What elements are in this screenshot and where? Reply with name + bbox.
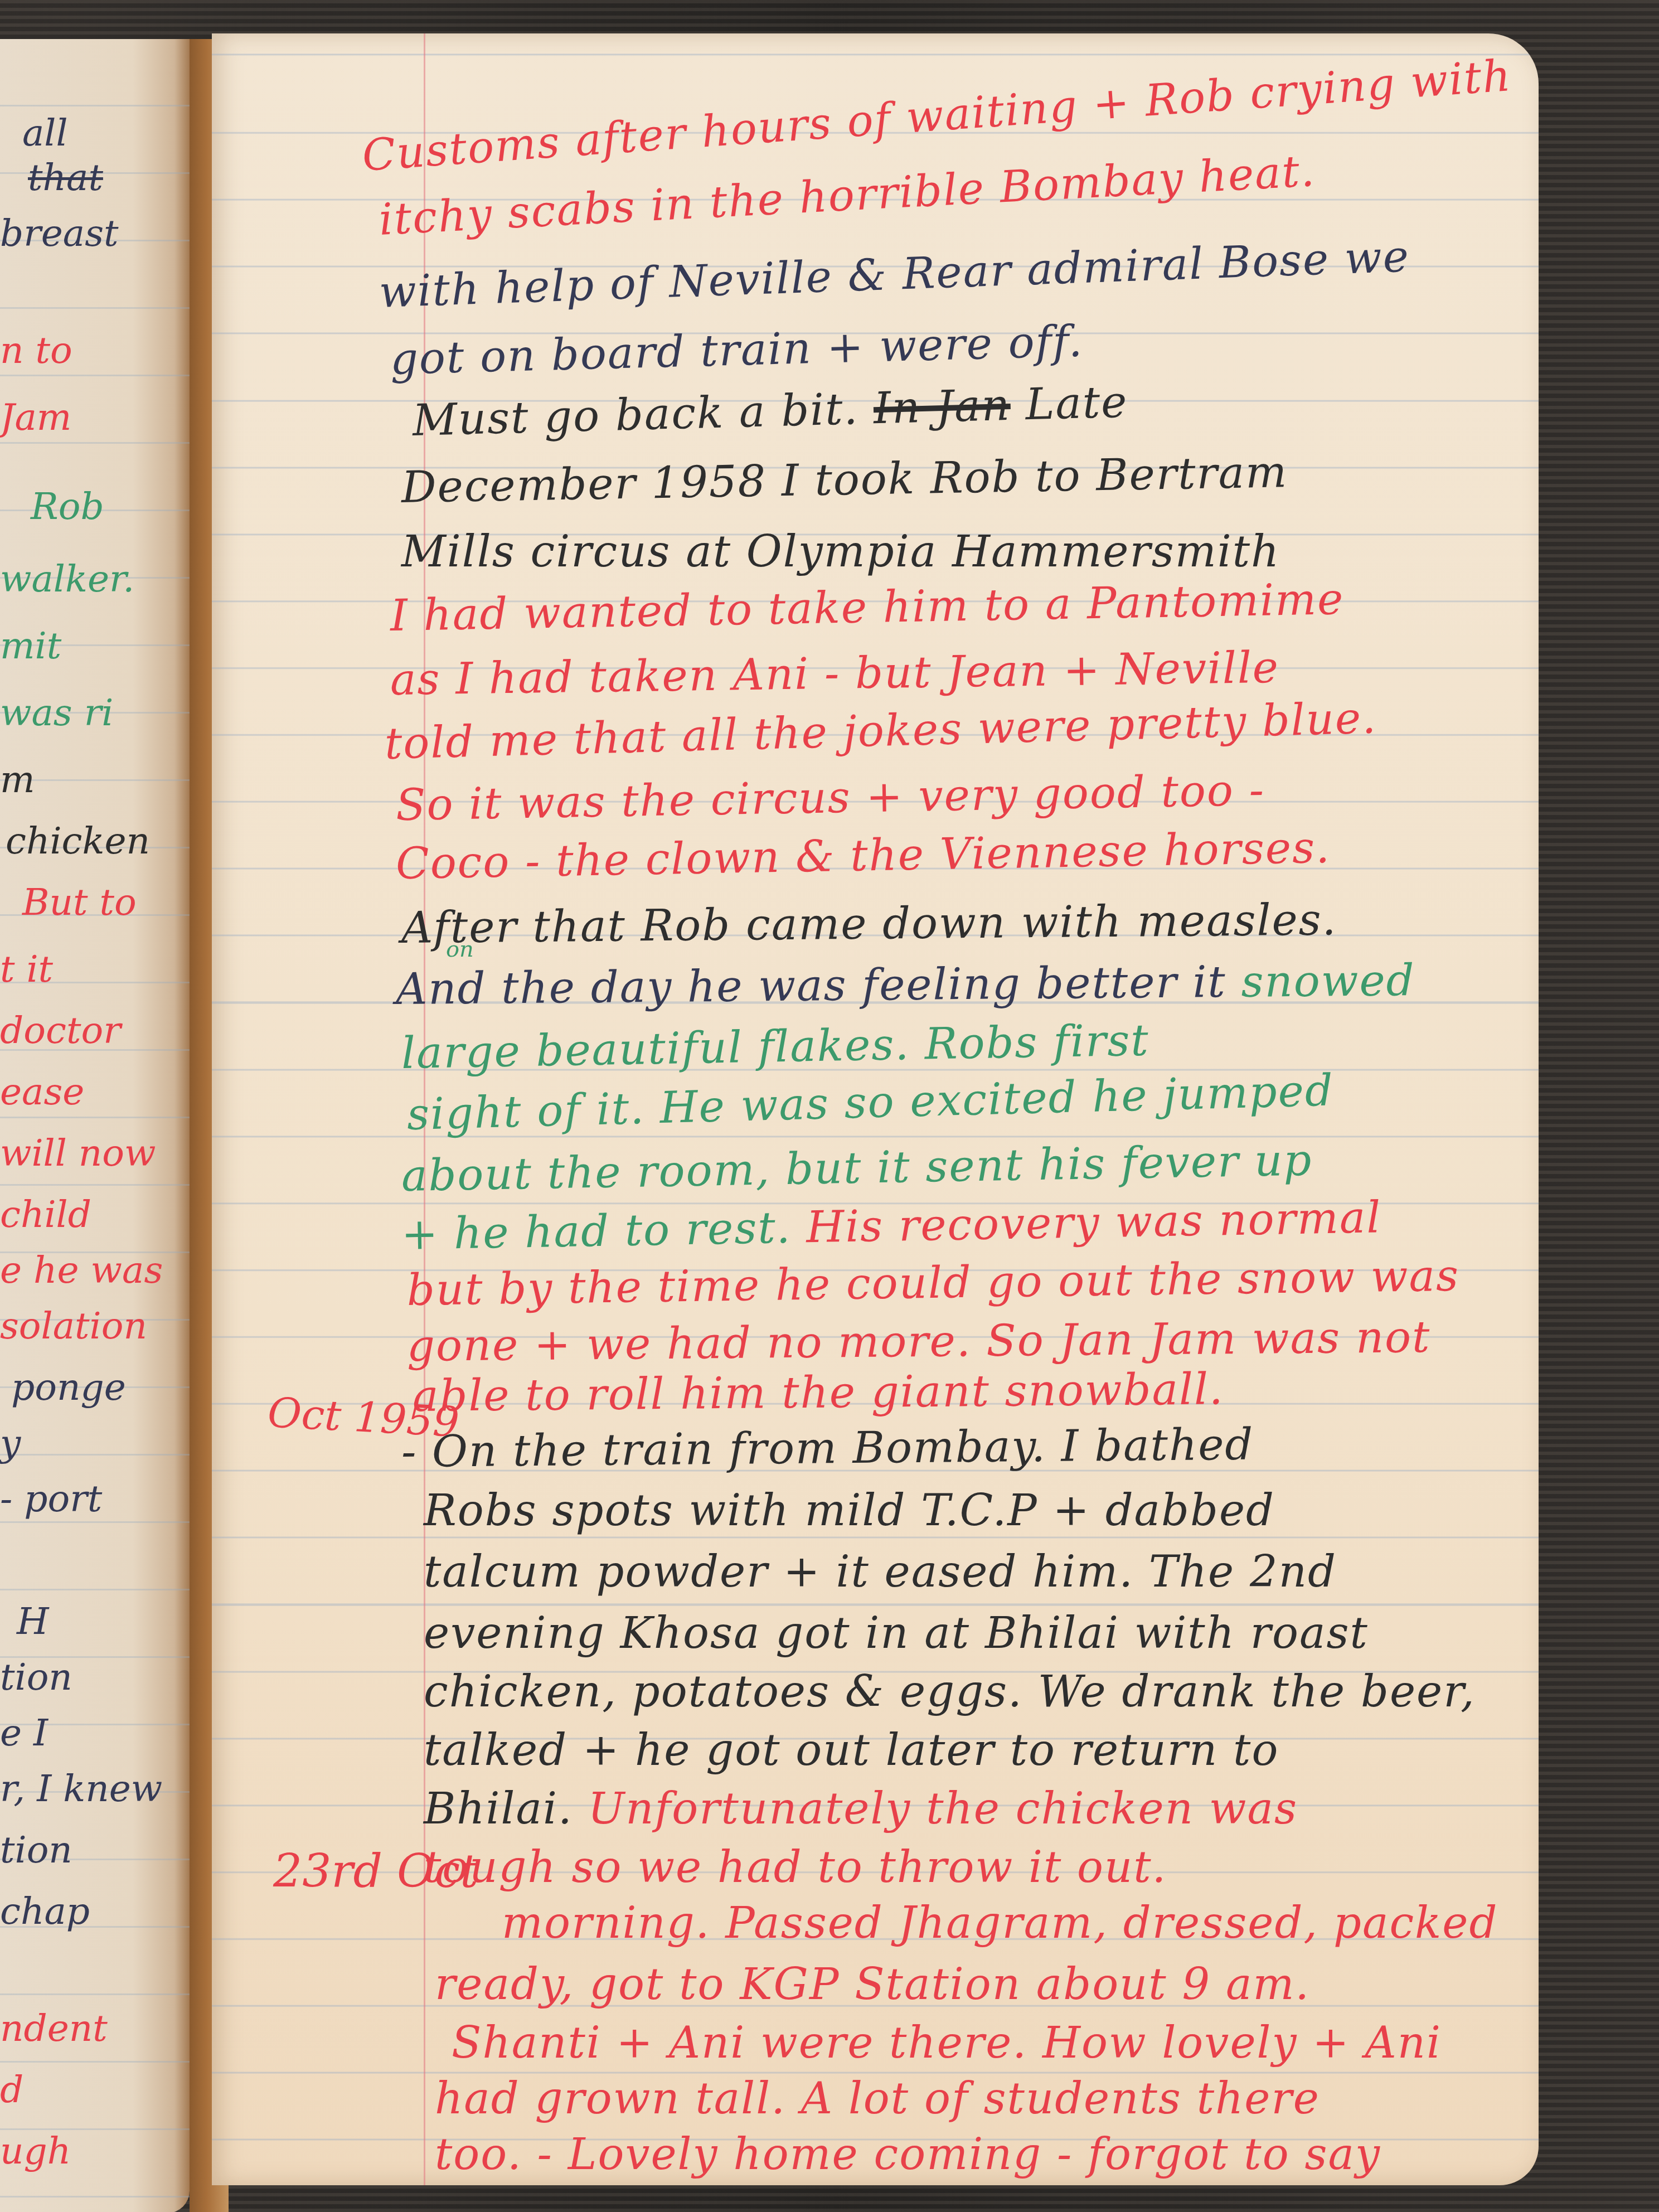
diary-line: chicken, potatoes & eggs. We drank the b… [424, 1667, 1476, 1717]
left-fragment: breast [0, 212, 119, 255]
diary-line: too. - Lovely home coming - forgot to sa… [435, 2129, 1381, 2180]
line-text-blue: And the day he was feeling better it [396, 957, 1226, 1015]
left-fragment: walker. [0, 557, 134, 600]
line-text-red: Unfortunately the chicken was [588, 1784, 1298, 1834]
left-fragment: ugh [0, 2129, 71, 2172]
left-fragment: all [22, 111, 68, 154]
diary-line: ready, got to KGP Station about 9 am. [435, 1959, 1310, 2010]
left-fragment: chap [0, 1890, 90, 1933]
left-page: all that breast n to Jam Rob walker. mit… [0, 39, 190, 2212]
diary-line: morning. Passed Jhagram, dressed, packed [502, 1898, 1498, 1948]
left-fragment: that [28, 156, 103, 199]
diary-line: able to roll him the giant snowball. [413, 1364, 1224, 1422]
line-tail: Late [1025, 377, 1128, 430]
diary-line: After that Rob came down with measles. [401, 895, 1337, 953]
struck-words: In Jan [873, 380, 1011, 434]
diary-line: Shanti + Ani were there. How lovely + An… [452, 2018, 1442, 2068]
left-fragment: ndent [0, 2007, 108, 2050]
diary-line: had grown tall. A lot of students there [435, 2074, 1320, 2124]
left-fragment: n to [0, 329, 72, 372]
left-fragment: Rob [31, 485, 104, 528]
left-fragment: chicken [6, 819, 150, 862]
left-fragment: H [17, 1600, 49, 1643]
left-fragment: - port [0, 1477, 102, 1520]
left-fragment: y [0, 1422, 21, 1464]
diary-line: - On the train from Bombay. I bathed [401, 1420, 1254, 1477]
left-fragment: t it [0, 948, 53, 991]
diary-line: Mills circus at Olympia Hammersmith [401, 527, 1280, 577]
diary-line: gone + we had no more. So Jan Jam was no… [407, 1312, 1431, 1371]
left-fragment: ease [0, 1070, 84, 1113]
diary-line: And the day he was feeling better it sno… [396, 955, 1415, 1015]
line-text-green: snowed [1241, 955, 1415, 1007]
left-fragment: m [0, 758, 35, 801]
left-fragment: r, I knew [0, 1767, 162, 1810]
left-fragment: mit [0, 624, 61, 667]
left-fragment: e he was [0, 1249, 163, 1292]
diary-line: evening Khosa got in at Bhilai with roas… [424, 1608, 1369, 1658]
left-fragment: Jam [0, 396, 71, 439]
left-fragment: d [0, 2068, 23, 2111]
line-text-green: + he had to rest. [401, 1203, 792, 1260]
left-fragment: will now [0, 1132, 156, 1175]
left-fragment: But to [22, 881, 137, 924]
left-fragment: doctor [0, 1009, 121, 1052]
left-fragment: tion [0, 1828, 72, 1871]
line-text-black: Bhilai. [424, 1784, 573, 1834]
diary-line: talcum powder + it eased him. The 2nd [424, 1547, 1337, 1597]
diary-line: talked + he got out later to return to [424, 1725, 1279, 1776]
left-fragment: child [0, 1193, 91, 1236]
diary-line: Robs spots with mild T.C.P + dabbed [424, 1486, 1275, 1536]
line-text-red: His recovery was normal [806, 1192, 1382, 1253]
diary-line: tough so we had to throw it out. [424, 1842, 1167, 1893]
left-fragment: tion [0, 1656, 72, 1699]
diary-line: Bhilai. Unfortunately the chicken was [424, 1784, 1298, 1834]
right-page: Oct 1959 23rd Oct Customs after hours of… [212, 33, 1539, 2185]
inserted-word: on [446, 937, 474, 962]
left-fragment: solation [0, 1304, 147, 1347]
left-fragment: ponge [11, 1366, 126, 1409]
left-fragment: e I [0, 1711, 48, 1754]
left-fragment: was ri [0, 691, 113, 734]
